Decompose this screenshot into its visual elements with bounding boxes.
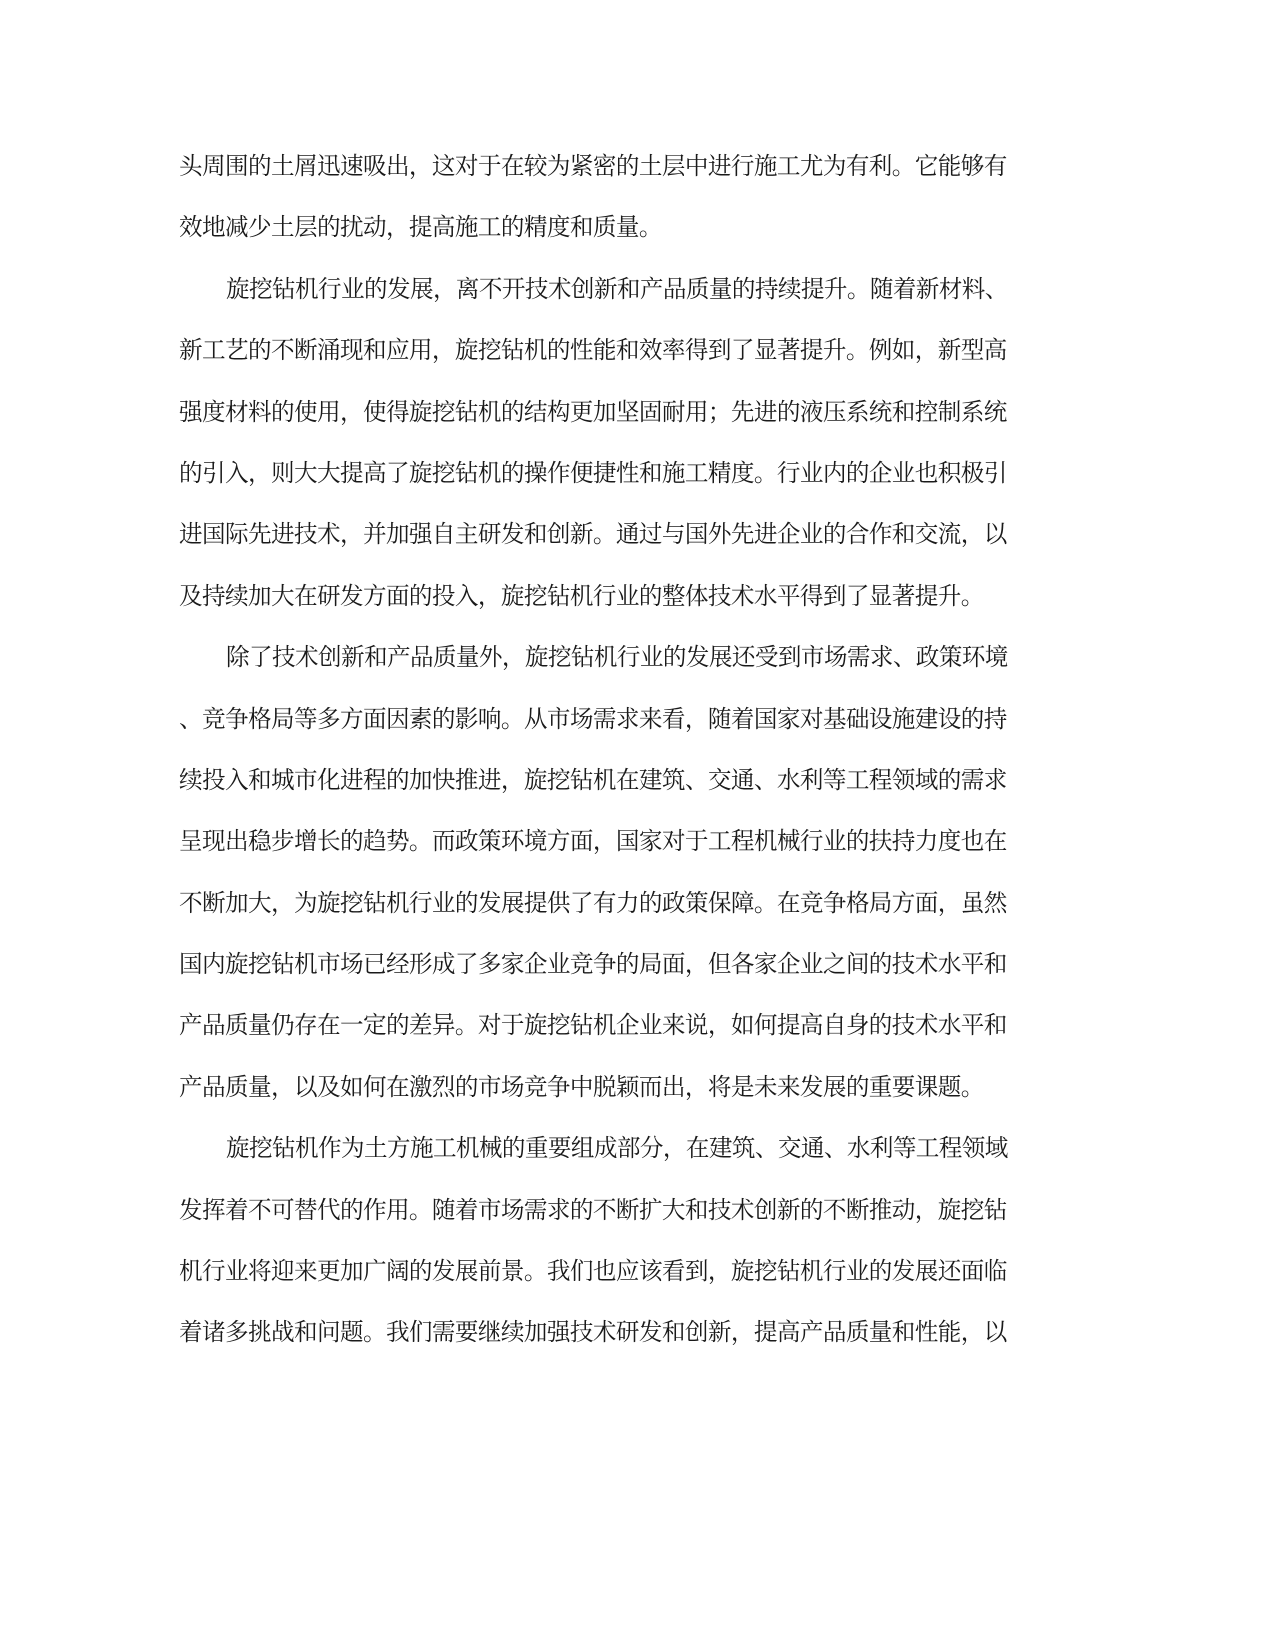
paragraph-start-line: 旋挖钻机行业的发展，离不开技术创新和产品质量的持续提升。随着新材料、: [179, 269, 1039, 330]
text-line: 产品质量，以及如何在激烈的市场竞争中脱颖而出，将是未来发展的重要课题。: [179, 1067, 1039, 1128]
text-line: 及持续加大在研发方面的投入，旋挖钻机行业的整体技术水平得到了显著提升。: [179, 576, 1039, 637]
body-text: 头周围的土屑迅速吸出，这对于在较为紧密的土层中进行施工尤为有利。它能够有 效地减…: [179, 146, 1039, 1374]
text-line: 强度材料的使用，使得旋挖钻机的结构更加坚固耐用；先进的液压系统和控制系统: [179, 392, 1039, 453]
text-line: 机行业将迎来更加广阔的发展前景。我们也应该看到，旋挖钻机行业的发展还面临: [179, 1251, 1039, 1312]
text-line: 呈现出稳步增长的趋势。而政策环境方面，国家对于工程机械行业的扶持力度也在: [179, 821, 1039, 882]
text-line: 着诸多挑战和问题。我们需要继续加强技术研发和创新，提高产品质量和性能，以: [179, 1312, 1039, 1373]
text-line: 效地减少土层的扰动，提高施工的精度和质量。: [179, 207, 1039, 268]
text-line: 的引入，则大大提高了旋挖钻机的操作便捷性和施工精度。行业内的企业也积极引: [179, 453, 1039, 514]
paragraph-start-line: 旋挖钻机作为土方施工机械的重要组成部分，在建筑、交通、水利等工程领域: [179, 1128, 1039, 1189]
text-line: 进国际先进技术，并加强自主研发和创新。通过与国外先进企业的合作和交流，以: [179, 514, 1039, 575]
text-line: 发挥着不可替代的作用。随着市场需求的不断扩大和技术创新的不断推动，旋挖钻: [179, 1190, 1039, 1251]
paragraph-start-line: 除了技术创新和产品质量外，旋挖钻机行业的发展还受到市场需求、政策环境: [179, 637, 1039, 698]
text-line: 产品质量仍存在一定的差异。对于旋挖钻机企业来说，如何提高自身的技术水平和: [179, 1005, 1039, 1066]
text-line: 新工艺的不断涌现和应用，旋挖钻机的性能和效率得到了显著提升。例如，新型高: [179, 330, 1039, 391]
document-page: 头周围的土屑迅速吸出，这对于在较为紧密的土层中进行施工尤为有利。它能够有 效地减…: [0, 0, 1275, 1650]
text-line: 不断加大，为旋挖钻机行业的发展提供了有力的政策保障。在竞争格局方面，虽然: [179, 883, 1039, 944]
text-line: 、竞争格局等多方面因素的影响。从市场需求来看，随着国家对基础设施建设的持: [179, 699, 1039, 760]
text-line: 续投入和城市化进程的加快推进，旋挖钻机在建筑、交通、水利等工程领域的需求: [179, 760, 1039, 821]
text-line: 国内旋挖钻机市场已经形成了多家企业竞争的局面，但各家企业之间的技术水平和: [179, 944, 1039, 1005]
text-line: 头周围的土屑迅速吸出，这对于在较为紧密的土层中进行施工尤为有利。它能够有: [179, 146, 1039, 207]
